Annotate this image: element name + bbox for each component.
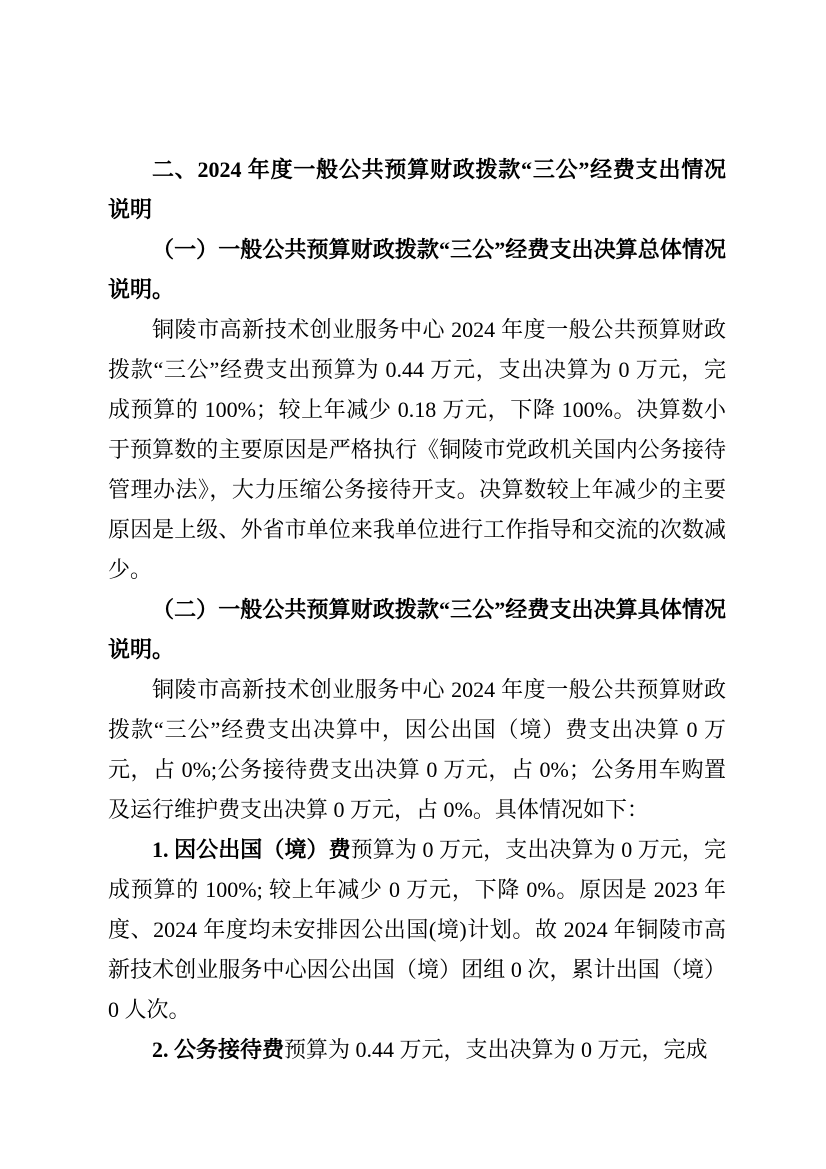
document-page: 二、2024 年度一般公共预算财政拨款“三公”经费支出情况说明 （一）一般公共预…: [0, 0, 826, 1169]
overall-situation-text: 铜陵市高新技术创业服务中心 2024 年度一般公共预算财政拨款“三公”经费支出预…: [108, 317, 726, 582]
item-1-abroad-paragraph: 1. 因公出国（境）费预算为 0 万元，支出决算为 0 万元，完成预算的 100…: [108, 830, 726, 1030]
subsection-1-heading: （一）一般公共预算财政拨款“三公”经费支出决算总体情况说明。: [108, 230, 726, 310]
item-1-body-text: 预算为 0 万元，支出决算为 0 万元，完成预算的 100%; 较上年减少 0 …: [108, 837, 726, 1022]
detail-situation-text: 铜陵市高新技术创业服务中心 2024 年度一般公共预算财政拨款“三公”经费支出决…: [108, 677, 726, 822]
item-1-lead-text: 1. 因公出国（境）费: [152, 837, 351, 862]
section-heading-text: 二、2024 年度一般公共预算财政拨款“三公”经费支出情况说明: [108, 157, 726, 222]
item-2-lead-text: 2. 公务接待费: [152, 1037, 284, 1062]
subsection-2-heading: （二）一般公共预算财政拨款“三公”经费支出决算具体情况说明。: [108, 590, 726, 670]
section-heading: 二、2024 年度一般公共预算财政拨款“三公”经费支出情况说明: [108, 150, 726, 230]
subsection-2-heading-text: （二）一般公共预算财政拨款“三公”经费支出决算具体情况说明。: [108, 597, 726, 662]
overall-situation-paragraph: 铜陵市高新技术创业服务中心 2024 年度一般公共预算财政拨款“三公”经费支出预…: [108, 310, 726, 590]
detail-situation-paragraph: 铜陵市高新技术创业服务中心 2024 年度一般公共预算财政拨款“三公”经费支出决…: [108, 670, 726, 830]
subsection-1-heading-text: （一）一般公共预算财政拨款“三公”经费支出决算总体情况说明。: [108, 237, 726, 302]
item-2-reception-paragraph: 2. 公务接待费预算为 0.44 万元，支出决算为 0 万元，完成: [108, 1030, 726, 1070]
item-2-body-text: 预算为 0.44 万元，支出决算为 0 万元，完成: [284, 1037, 708, 1062]
